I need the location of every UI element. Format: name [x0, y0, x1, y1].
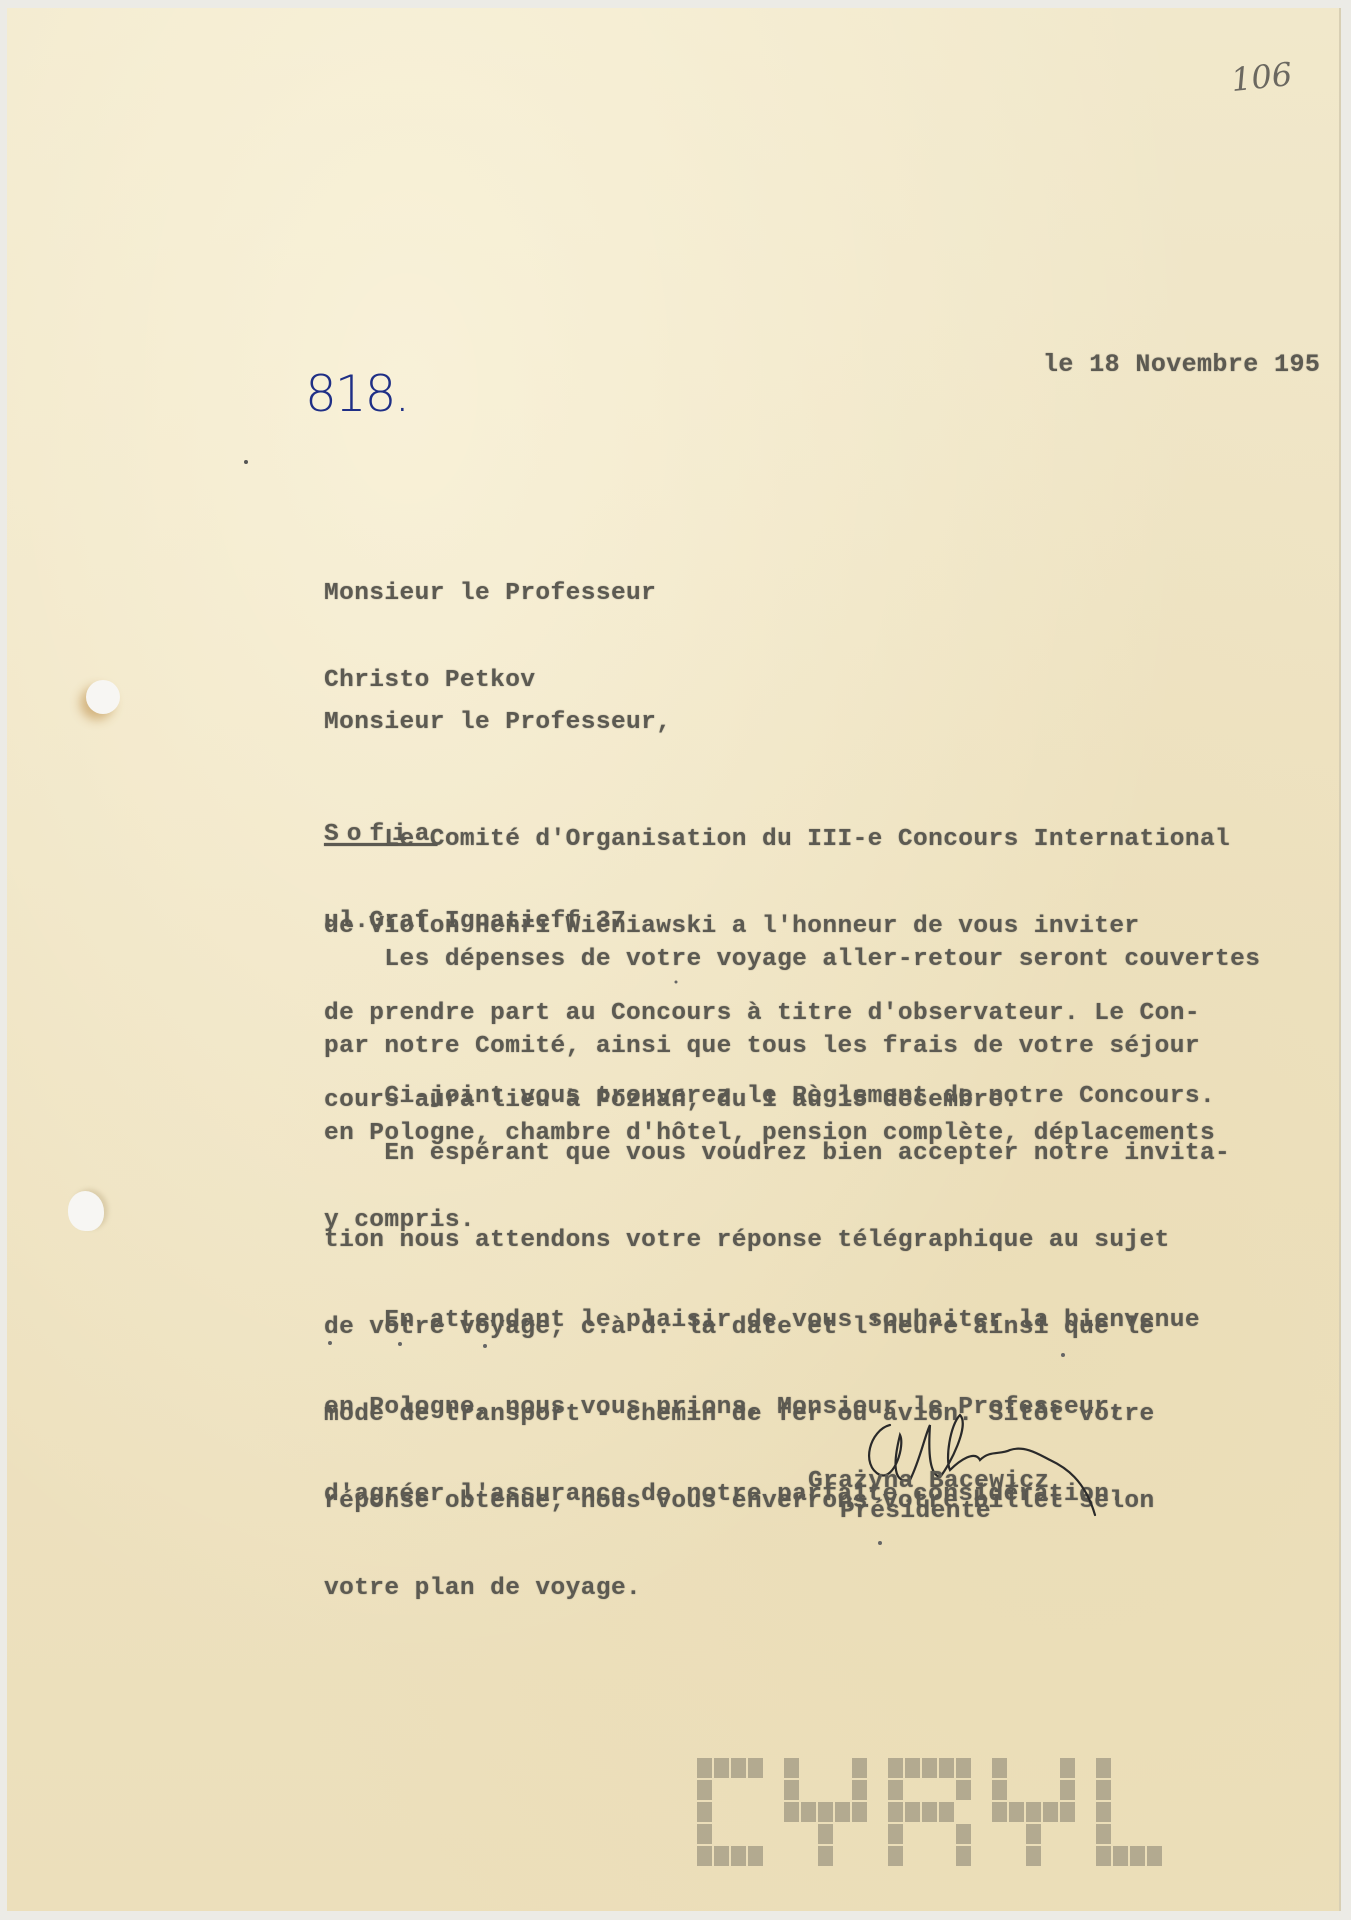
paragraph-line: Le Comité d'Organisation du III-e Concou…	[324, 825, 1230, 854]
salutation: Monsieur le Professeur,	[324, 708, 671, 737]
signatory-title: Présidente	[840, 1497, 991, 1526]
reference-number: 818.	[305, 365, 408, 423]
signatory-name: Grażyna Bacewicz	[808, 1467, 1050, 1496]
recipient-line-2: Christo Petkov	[324, 666, 656, 695]
paragraph-line: En espérant que vous voudrez bien accept…	[324, 1139, 1230, 1168]
paragraph-line: Les dépenses de votre voyage aller-retou…	[324, 945, 1260, 974]
paragraph-line: En attendant le plaisir de vous souhaite…	[324, 1306, 1200, 1335]
cyryl-watermark-logo	[697, 1758, 1332, 1873]
paragraph-line: votre plan de voyage.	[324, 1574, 1230, 1603]
punch-hole-bottom	[68, 1191, 104, 1231]
archive-page-number: 106	[1229, 55, 1294, 99]
recipient-line-1: Monsieur le Professeur	[324, 579, 656, 608]
punch-hole-top	[86, 680, 120, 714]
letter-date: le 18 Novembre 195	[1043, 350, 1320, 379]
